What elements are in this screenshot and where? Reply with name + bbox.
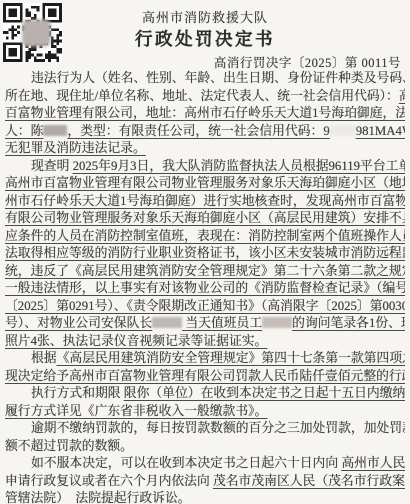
text-segment: 的询问笔录各1份、现场 xyxy=(292,316,405,330)
body-line: 现查明 2025年9月3日，我大队消防监督执法人员根据96119平台工单，对 xyxy=(5,158,405,176)
text-segment: 高州市百富物业管理有限公司物业管理服务对象乐天海珀御庭小区（地址：高 xyxy=(5,176,405,190)
document-title: 行政处罚决定书 xyxy=(0,26,410,51)
body-line: 执行方式和期限 限你（单位）在收到本决定书之日起十五日内缴纳罚款， xyxy=(5,385,405,403)
text-segment: 百富物业管理有限公司，地址：高州市石仔岭乐天大道1号海珀御庭，法定代表 xyxy=(5,106,405,120)
text-segment: 逾期不缴纳罚款的，每日按罚款数额的百分之三加处罚款，加处罚款的数 xyxy=(31,421,405,435)
text-segment: 现查明 xyxy=(31,159,73,173)
text-segment: 无犯罪及消防违法记录。 xyxy=(5,141,146,155)
text-segment: ，类型：有限责任公司，统一社会信用代码：9 xyxy=(67,124,329,138)
body-line: 百富物业管理有限公司，地址：高州市石仔岭乐天大道1号海珀御庭，法定代表 xyxy=(5,105,405,123)
text-segment: 违法行为人（姓名、性别、年龄、出生日期、身份证件种类及号码、户籍 xyxy=(31,71,405,85)
redaction-blur xyxy=(152,317,182,328)
text-segment: 高州市 xyxy=(399,89,405,103)
body-line: 无犯罪及消防违法记录。 xyxy=(5,140,405,158)
text-segment: 应条件的人员在消防控制室值班，表现在：消防控制室两个值班操作人员未依 xyxy=(5,229,405,243)
body-line: 根据《高层民用建筑消防安全管理规定》第四十七条第一款第四项之规定， xyxy=(5,350,405,368)
body-line: 申请行政复议或者在六个月内依法向 茂名市茂南区人民（茂名市行政案件集中 xyxy=(5,473,405,491)
text-segment: 所在地、现住址/单位名称、地址、法定代表人、统一社会信用代码）： xyxy=(5,89,399,103)
body-line: 现决定给予高州市百富物业管理有限公司罚款人民币陆仟壹佰元整的行政处罚。 xyxy=(5,368,405,386)
body-line: 人：陈，类型：有限责任公司，统一社会信用代码：9981MA4WJHFH8H， xyxy=(5,123,405,141)
text-segment: 当天值班员工 xyxy=(182,316,262,330)
text-segment: 现决定给予高州市百富物业管理有限公司罚款人民币陆仟壹佰元整的行政处罚。 xyxy=(5,369,405,383)
body-line: 一般违法情形，以上事实有对该物业公司的《消防监督检查记录》（编号： xyxy=(5,280,405,298)
text-segment: 申请行政复议或者在六个月内依法向 xyxy=(5,474,213,488)
redaction-blur xyxy=(43,125,67,136)
text-segment: 人：陈 xyxy=(5,124,43,138)
body-line: 号）、对物业公司安保队长 当天值班员工的询问笔录各1份、现场 xyxy=(5,315,405,333)
agency-name: 高州市消防救援大队 xyxy=(0,7,410,26)
scanned-document-page: 高州市消防救援大队 行政处罚决定书 高消行罚决字〔2025〕第 0011号 违法… xyxy=(0,0,410,504)
text-segment: 981MA4WJHFH8H， xyxy=(356,124,405,138)
body-line: 违法行为人（姓名、性别、年龄、出生日期、身份证件种类及号码、户籍 xyxy=(5,70,405,88)
body-line: 履行方式详见《广东省非税收入一般缴款书》。 xyxy=(5,403,405,421)
body-line: 统，违反了《高层民用建筑消防安全管理规定》第二十六条第二款之规定，为 xyxy=(5,263,405,281)
text-segment: 州市石仔岭乐天大道1号海珀御庭）进行实地核查时，发现高州市百富物业管理 xyxy=(5,194,405,208)
text-segment: 茂名市茂南区人民（茂名市行政案件集中 xyxy=(213,474,405,488)
text-segment: 有限公司物业管理服务对象乐天海珀御庭小区（高层民用建筑）安排不具备相 xyxy=(5,211,405,225)
body-line: 照片4张、执法记录仪音视频记录等证据证实。 xyxy=(5,333,405,351)
text-segment: 统，违反了《高层民用建筑消防安全管理规定》第二十六条第二款之规定，为 xyxy=(5,264,405,278)
text-segment: 高州市人民政府 xyxy=(341,456,405,470)
body-line: 额不超过罚款的数额。 xyxy=(5,438,405,456)
text-segment: 限你（单位）在收到本决定书之日起十五日内缴纳罚款， xyxy=(124,386,405,400)
text-segment: 一般违法情形，以上事实有对该物业公司的《消防监督检查记录》（编号： xyxy=(5,281,405,295)
body-line: 州市石仔岭乐天大道1号海珀御庭）进行实地核查时，发现高州市百富物业管理 xyxy=(5,193,405,211)
redaction-blur xyxy=(262,317,292,328)
text-segment: 履行方式详见《广东省非税收入一般缴款书》。 xyxy=(5,404,267,418)
body-line: 〔2025〕第0291号）、《责令限期改正通知书》（高消限字〔2025〕第003… xyxy=(5,298,405,316)
text-segment: 法院提起行政诉讼。 xyxy=(75,491,190,504)
redaction-blur xyxy=(330,125,356,136)
text-segment: 法取得相应等级的消防行业职业资格证书，该小区未安装城市消防远程监控系 xyxy=(5,246,405,260)
body-line: 所在地、现住址/单位名称、地址、法定代表人、统一社会信用代码）：高州市 xyxy=(5,88,405,106)
text-segment: 根据 xyxy=(31,351,57,365)
body-line: 如不服本决定，可以在收到本决定书之日起六十日内向 高州市人民政府 xyxy=(5,455,405,473)
text-segment: 2025年9月3日，我大队消防监督执法人员根据96119平台工单，对 xyxy=(73,159,405,173)
body-line: 逾期不缴纳罚款的，每日按罚款数额的百分之三加处罚款，加处罚款的数 xyxy=(5,420,405,438)
document-body: 违法行为人（姓名、性别、年龄、出生日期、身份证件种类及号码、户籍所在地、现住址/… xyxy=(5,70,405,504)
body-line: 应条件的人员在消防控制室值班，表现在：消防控制室两个值班操作人员未依 xyxy=(5,228,405,246)
text-segment: 管辖法院） xyxy=(5,491,75,504)
text-segment: 照片4张、执法记录仪音视频记录等证据证实。 xyxy=(5,334,267,348)
body-line: 有限公司物业管理服务对象乐天海珀御庭小区（高层民用建筑）安排不具备相 xyxy=(5,210,405,228)
text-segment: 执行方式和期限 xyxy=(31,386,124,400)
body-line: 管辖法院） 法院提起行政诉讼。 xyxy=(5,490,405,504)
text-segment: 〔2025〕第0291号）、《责令限期改正通知书》（高消限字〔2025〕第003… xyxy=(5,299,405,313)
body-line: 高州市百富物业管理有限公司物业管理服务对象乐天海珀御庭小区（地址：高 xyxy=(5,175,405,193)
text-segment: 《高层民用建筑消防安全管理规定》第四十七条第一款第四项之规定， xyxy=(57,351,405,365)
document-number: 高消行罚决字〔2025〕第 0011号 xyxy=(214,53,401,71)
text-segment: 号）、对物业公司安保队长 xyxy=(5,316,152,330)
body-line: 法取得相应等级的消防行业职业资格证书，该小区未安装城市消防远程监控系 xyxy=(5,245,405,263)
text-segment: 额不超过罚款的数额。 xyxy=(5,439,133,453)
text-segment: 如不服本决定，可以在收到本决定书之日起六十日内向 xyxy=(31,456,341,470)
